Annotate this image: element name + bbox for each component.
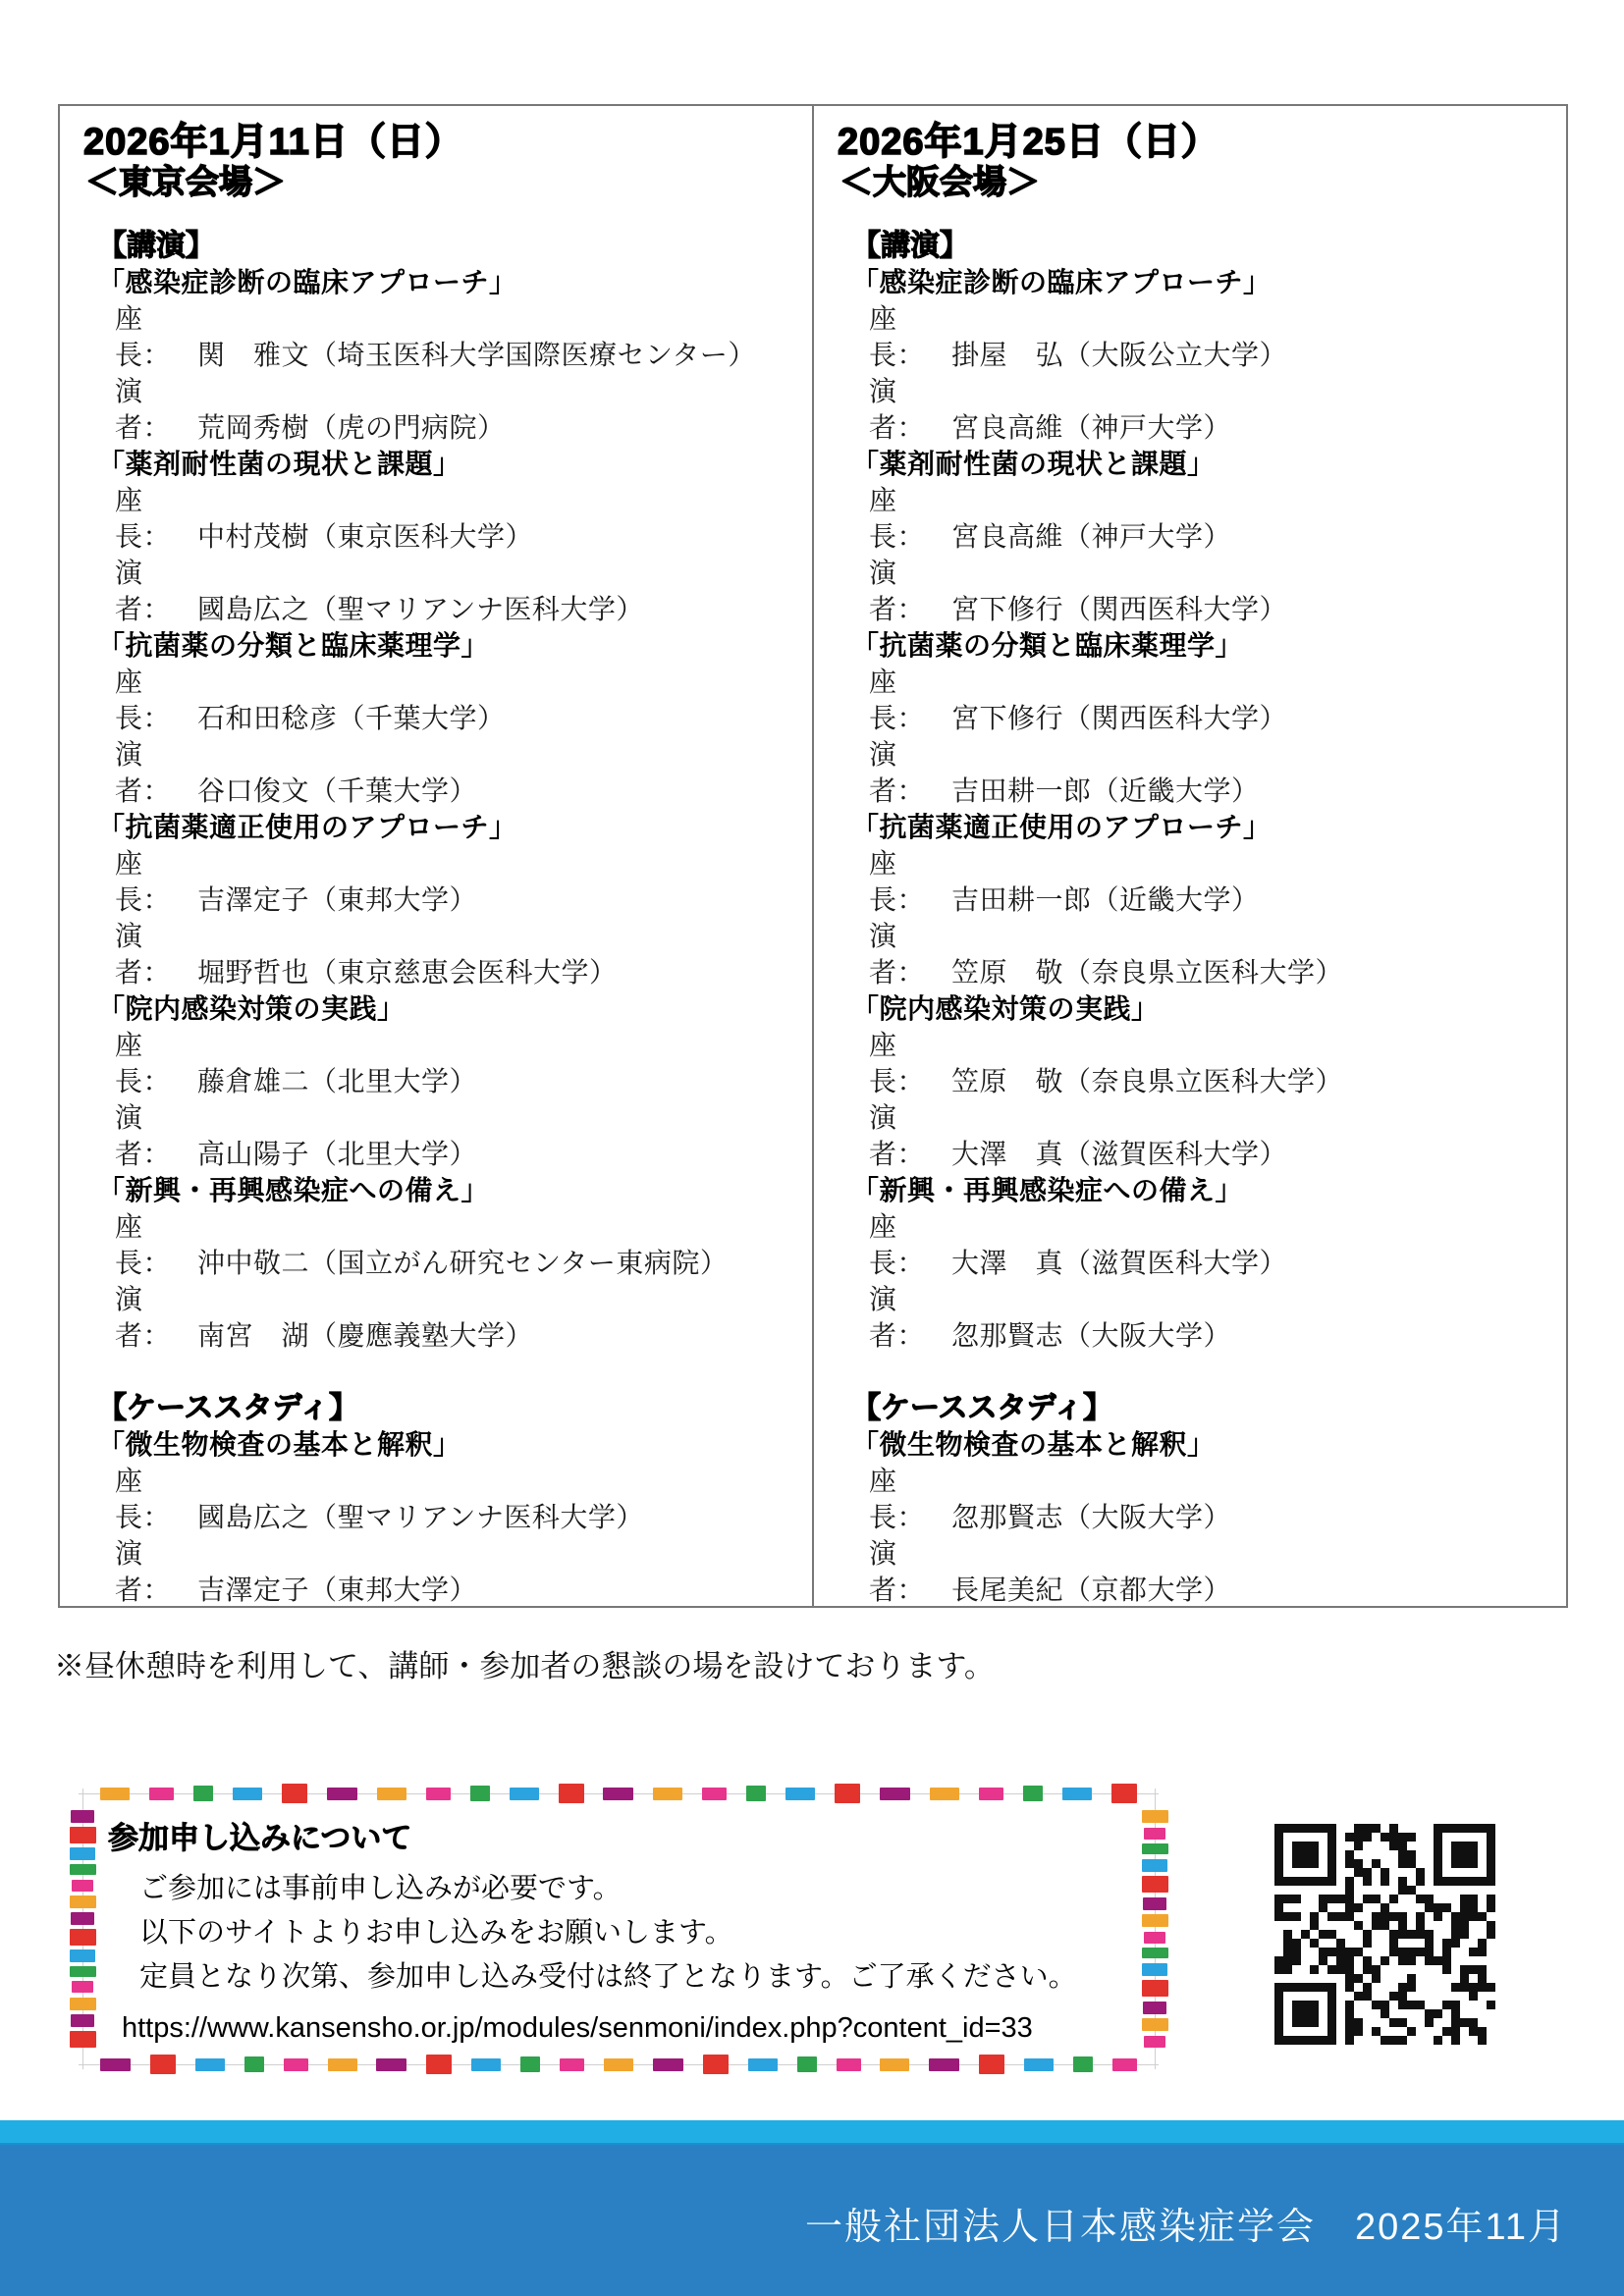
- border-bar: [1062, 1788, 1092, 1800]
- session-title: 「新興・再興感染症への備え」: [97, 1172, 802, 1208]
- border-bar: [233, 1788, 262, 1800]
- speaker-line: 座長：忽那賢志（大阪大学）: [851, 1463, 1556, 1535]
- session-item: 「感染症診断の臨床アプローチ」座長：関 雅文（埼玉医科大学国際医療センター）演者…: [97, 264, 802, 446]
- border-bar: [70, 1896, 96, 1908]
- session-item: 「抗菌薬の分類と臨床薬理学」座長：石和田稔彦（千葉大学）演者：谷口俊文（千葉大学…: [97, 627, 802, 809]
- border-bar: [426, 2055, 452, 2074]
- border-bar: [559, 1784, 584, 1803]
- border-bar: [282, 1784, 307, 1803]
- speaker-line: 演者：忽那賢志（大阪大学）: [851, 1281, 1556, 1354]
- border-bar: [70, 1827, 96, 1843]
- border-bar: [1144, 1828, 1165, 1840]
- speaker-name: 吉澤定子（東邦大学）: [197, 1574, 477, 1606]
- speaker-name: 大澤 真（滋賀医科大学）: [951, 1247, 1287, 1279]
- schedule-column: 2026年1月25日（日）＜大阪会場＞【講演】「感染症診断の臨床アプローチ」座長…: [812, 106, 1566, 1606]
- speaker-line: 座長：藤倉雄二（北里大学）: [97, 1027, 802, 1099]
- border-bar: [100, 2058, 131, 2071]
- border-bar: [1024, 2058, 1054, 2071]
- session-title: 「新興・再興感染症への備え」: [851, 1172, 1556, 1208]
- session-title: 「抗菌薬の分類と臨床薬理学」: [851, 627, 1556, 664]
- border-bar: [1142, 1963, 1167, 1976]
- speaker-line: 座長：中村茂樹（東京医科大学）: [97, 482, 802, 555]
- speaker-name: 忽那賢志（大阪大学）: [951, 1319, 1231, 1352]
- border-bar: [1142, 1876, 1168, 1893]
- session-item: 「抗菌薬の分類と臨床薬理学」座長：宮下修行（関西医科大学）演者：吉田耕一郎（近畿…: [851, 627, 1556, 809]
- border-bar: [71, 2014, 94, 2027]
- speaker-line: 座長：宮下修行（関西医科大学）: [851, 664, 1556, 736]
- speaker-label: 演者：: [115, 555, 197, 627]
- border-bar: [1142, 1948, 1168, 1958]
- border-bar: [603, 1788, 633, 1800]
- section: 【講演】「感染症診断の臨床アプローチ」座長：掛屋 弘（大阪公立大学）演者：宮良高…: [851, 228, 1556, 1354]
- speaker-line: 座長：沖中敬二（国立がん研究センター東病院）: [97, 1208, 802, 1281]
- session-title: 「院内感染対策の実践」: [851, 990, 1556, 1027]
- speaker-label: 演者：: [869, 1099, 951, 1172]
- footer-accent-bar: [0, 2120, 1624, 2143]
- border-bar: [72, 1880, 93, 1892]
- speaker-name: 石和田稔彦（千葉大学）: [197, 702, 506, 734]
- footer-bar: 一般社団法人日本感染症学会 2025年11月: [0, 2143, 1624, 2296]
- application-border-right: [1139, 1810, 1170, 2048]
- application-border-top: [100, 1780, 1137, 1807]
- border-bar: [746, 1786, 766, 1801]
- column-venue: ＜東京会場＞: [85, 163, 802, 202]
- border-bar: [1142, 1810, 1168, 1823]
- column-sections: 【講演】「感染症診断の臨床アプローチ」座長：掛屋 弘（大阪公立大学）演者：宮良高…: [851, 228, 1556, 1606]
- speaker-line: 演者：高山陽子（北里大学）: [97, 1099, 802, 1172]
- border-bar: [71, 1810, 94, 1823]
- session-item: 「抗菌薬適正使用のアプローチ」座長：吉田耕一郎（近畿大学）演者：笠原 敬（奈良県…: [851, 809, 1556, 990]
- column-sections: 【講演】「感染症診断の臨床アプローチ」座長：関 雅文（埼玉医科大学国際医療センタ…: [97, 228, 802, 1606]
- speaker-label: 演者：: [115, 1099, 197, 1172]
- speaker-label: 座長：: [869, 664, 951, 736]
- border-bar: [72, 1981, 93, 1993]
- speaker-label: 座長：: [869, 300, 951, 373]
- application-line: 定員となり次第、参加申し込み受付は終了となります。ご了承ください。: [139, 1955, 1172, 2000]
- session-item: 「抗菌薬適正使用のアプローチ」座長：吉澤定子（東邦大学）演者：堀野哲也（東京慈恵…: [97, 809, 802, 990]
- border-bar: [70, 1847, 95, 1860]
- application-border-left: [67, 1810, 98, 2048]
- border-bar: [1143, 2002, 1166, 2014]
- session-title: 「感染症診断の臨床アプローチ」: [97, 264, 802, 300]
- border-bar: [284, 2058, 308, 2071]
- section: 【講演】「感染症診断の臨床アプローチ」座長：関 雅文（埼玉医科大学国際医療センタ…: [97, 228, 802, 1354]
- border-bar: [150, 2055, 176, 2074]
- speaker-line: 座長：國島広之（聖マリアンナ医科大学）: [97, 1463, 802, 1535]
- speaker-label: 演者：: [115, 918, 197, 990]
- footer-text: 一般社団法人日本感染症学会 2025年11月: [805, 2206, 1567, 2249]
- border-bar: [1144, 1932, 1165, 1944]
- border-bar: [880, 2058, 909, 2071]
- speaker-label: 座長：: [115, 300, 197, 373]
- speaker-label: 座長：: [869, 1027, 951, 1099]
- speaker-name: 沖中敬二（国立がん研究センター東病院）: [197, 1247, 728, 1279]
- speaker-name: 宮下修行（関西医科大学）: [951, 593, 1287, 625]
- border-bar: [71, 1912, 94, 1925]
- speaker-name: 笠原 敬（奈良県立医科大学）: [951, 956, 1343, 988]
- border-bar: [1142, 1980, 1168, 1997]
- speaker-line: 座長：石和田稔彦（千葉大学）: [97, 664, 802, 736]
- speaker-label: 演者：: [869, 555, 951, 627]
- schedule-box: 2026年1月11日（日）＜東京会場＞【講演】「感染症診断の臨床アプローチ」座長…: [58, 104, 1568, 1608]
- speaker-label: 演者：: [869, 1535, 951, 1606]
- border-bar: [100, 1788, 130, 1800]
- border-bar: [837, 2058, 861, 2071]
- speaker-label: 演者：: [115, 373, 197, 446]
- speaker-label: 座長：: [869, 1463, 951, 1535]
- border-bar: [193, 1786, 213, 1801]
- session-item: 「院内感染対策の実践」座長：藤倉雄二（北里大学）演者：高山陽子（北里大学）: [97, 990, 802, 1172]
- speaker-line: 演者：宮良高維（神戸大学）: [851, 373, 1556, 446]
- border-bar: [930, 1788, 959, 1800]
- session-title: 「抗菌薬適正使用のアプローチ」: [97, 809, 802, 845]
- border-bar: [880, 1788, 910, 1800]
- border-bar: [979, 2055, 1004, 2074]
- session-item: 「微生物検査の基本と解釈」座長：國島広之（聖マリアンナ医科大学）演者：吉澤定子（…: [97, 1426, 802, 1606]
- border-bar: [785, 1788, 815, 1800]
- section: 【ケーススタディ】「微生物検査の基本と解釈」座長：國島広之（聖マリアンナ医科大学…: [97, 1390, 802, 1606]
- speaker-line: 演者：笠原 敬（奈良県立医科大学）: [851, 918, 1556, 990]
- section-heading: 【講演】: [851, 228, 1556, 264]
- border-bar: [149, 1788, 174, 1800]
- speaker-label: 演者：: [115, 1281, 197, 1354]
- border-bar: [653, 2058, 683, 2071]
- border-bar: [1143, 1897, 1166, 1910]
- speaker-name: 吉澤定子（東邦大学）: [197, 883, 477, 916]
- speaker-label: 座長：: [115, 845, 197, 918]
- session-title: 「院内感染対策の実践」: [97, 990, 802, 1027]
- border-bar: [377, 1788, 406, 1800]
- border-bar: [376, 2058, 406, 2071]
- speaker-label: 演者：: [115, 1535, 197, 1606]
- border-bar: [195, 2058, 225, 2071]
- speaker-name: 荒岡秀樹（虎の門病院）: [197, 411, 506, 444]
- page: 2026年1月11日（日）＜東京会場＞【講演】「感染症診断の臨床アプローチ」座長…: [0, 0, 1624, 2296]
- session-title: 「薬剤耐性菌の現状と課題」: [97, 446, 802, 482]
- speaker-name: 大澤 真（滋賀医科大学）: [951, 1138, 1287, 1170]
- session-item: 「薬剤耐性菌の現状と課題」座長：中村茂樹（東京医科大学）演者：國島広之（聖マリア…: [97, 446, 802, 627]
- speaker-line: 演者：國島広之（聖マリアンナ医科大学）: [97, 555, 802, 627]
- speaker-line: 演者：吉田耕一郎（近畿大学）: [851, 736, 1556, 809]
- speaker-line: 座長：関 雅文（埼玉医科大学国際医療センター）: [97, 300, 802, 373]
- border-bar: [70, 1929, 96, 1946]
- speaker-line: 演者：堀野哲也（東京慈恵会医科大学）: [97, 918, 802, 990]
- border-bar: [1023, 1786, 1043, 1801]
- speaker-label: 演者：: [869, 1281, 951, 1354]
- border-bar: [1142, 1843, 1168, 1854]
- session-title: 「抗菌薬の分類と臨床薬理学」: [97, 627, 802, 664]
- speaker-name: 中村茂樹（東京医科大学）: [197, 520, 533, 553]
- session-title: 「感染症診断の臨床アプローチ」: [851, 264, 1556, 300]
- speaker-name: 國島広之（聖マリアンナ医科大学）: [197, 1501, 644, 1533]
- border-bar: [327, 1788, 357, 1800]
- border-bar: [653, 1788, 682, 1800]
- application-heading: 参加申し込みについて: [108, 1820, 1172, 1857]
- border-bar: [702, 1788, 727, 1800]
- border-bar: [797, 2056, 817, 2072]
- speaker-name: 宮下修行（関西医科大学）: [951, 702, 1287, 734]
- speaker-line: 座長：吉澤定子（東邦大学）: [97, 845, 802, 918]
- speaker-line: 演者：大澤 真（滋賀医科大学）: [851, 1099, 1556, 1172]
- border-bar: [604, 2058, 633, 2071]
- speaker-name: 忽那賢志（大阪大学）: [951, 1501, 1231, 1533]
- speaker-name: 藤倉雄二（北里大学）: [197, 1065, 477, 1097]
- speaker-name: 南宮 湖（慶應義塾大学）: [197, 1319, 533, 1352]
- border-bar: [1112, 2058, 1137, 2071]
- border-bar: [470, 1786, 490, 1801]
- qr-code: [1272, 1821, 1499, 2049]
- session-item: 「新興・再興感染症への備え」座長：大澤 真（滋賀医科大学）演者：忽那賢志（大阪大…: [851, 1172, 1556, 1354]
- border-bar: [1142, 1859, 1167, 1872]
- speaker-name: 宮良高維（神戸大学）: [951, 520, 1231, 553]
- speaker-label: 演者：: [115, 736, 197, 809]
- border-bar: [1142, 2018, 1168, 2031]
- border-bar: [328, 2058, 357, 2071]
- session-title: 「微生物検査の基本と解釈」: [97, 1426, 802, 1463]
- border-bar: [520, 2056, 540, 2072]
- session-item: 「微生物検査の基本と解釈」座長：忽那賢志（大阪大学）演者：長尾美紀（京都大学）掛…: [851, 1426, 1556, 1606]
- section-heading: 【ケーススタディ】: [97, 1390, 802, 1426]
- session-item: 「薬剤耐性菌の現状と課題」座長：宮良高維（神戸大学）演者：宮下修行（関西医科大学…: [851, 446, 1556, 627]
- application-line: ご参加には事前申し込みが必要です。: [139, 1867, 1172, 1911]
- speaker-line: 演者：長尾美紀（京都大学）: [851, 1535, 1556, 1606]
- speaker-name: 國島広之（聖マリアンナ医科大学）: [197, 593, 644, 625]
- speaker-label: 座長：: [869, 1208, 951, 1281]
- speaker-name: 関 雅文（埼玉医科大学国際医療センター）: [197, 339, 756, 371]
- speaker-label: 座長：: [869, 482, 951, 555]
- border-bar: [748, 2058, 778, 2071]
- speaker-name: 掛屋 弘（大阪公立大学）: [951, 339, 1287, 371]
- speaker-label: 演者：: [869, 918, 951, 990]
- speaker-name: 吉田耕一郎（近畿大学）: [951, 883, 1260, 916]
- column-date: 2026年1月25日（日）: [838, 122, 1556, 163]
- section-heading: 【ケーススタディ】: [851, 1390, 1556, 1426]
- speaker-name: 笠原 敬（奈良県立医科大学）: [951, 1065, 1343, 1097]
- speaker-name: 谷口俊文（千葉大学）: [197, 774, 477, 807]
- speaker-label: 座長：: [115, 482, 197, 555]
- schedule-column: 2026年1月11日（日）＜東京会場＞【講演】「感染症診断の臨床アプローチ」座長…: [60, 106, 812, 1606]
- session-title: 「微生物検査の基本と解釈」: [851, 1426, 1556, 1463]
- lunch-note: ※昼休憩時を利用して、講師・参加者の懇談の場を設けております。: [54, 1647, 995, 1686]
- column-date: 2026年1月11日（日）: [83, 122, 802, 163]
- speaker-name: 吉田耕一郎（近畿大学）: [951, 774, 1260, 807]
- border-bar: [70, 2031, 96, 2048]
- speaker-label: 座長：: [869, 845, 951, 918]
- session-item: 「院内感染対策の実践」座長：笠原 敬（奈良県立医科大学）演者：大澤 真（滋賀医科…: [851, 990, 1556, 1172]
- border-bar: [703, 2055, 729, 2074]
- speaker-line: 演者：南宮 湖（慶應義塾大学）: [97, 1281, 802, 1354]
- border-bar: [244, 2056, 264, 2072]
- border-bar: [979, 1788, 1003, 1800]
- border-bar: [471, 2058, 501, 2071]
- border-bar: [929, 2058, 959, 2071]
- border-bar: [560, 2058, 584, 2071]
- border-bar: [510, 1788, 539, 1800]
- application-url[interactable]: https://www.kansensho.or.jp/modules/senm…: [122, 2007, 1172, 2049]
- border-bar: [1144, 2036, 1165, 2048]
- qr-code-image: [1272, 1821, 1499, 2049]
- border-bar: [70, 1949, 95, 1962]
- session-item: 「感染症診断の臨床アプローチ」座長：掛屋 弘（大阪公立大学）演者：宮良高維（神戸…: [851, 264, 1556, 446]
- speaker-line: 座長：笠原 敬（奈良県立医科大学）: [851, 1027, 1556, 1099]
- speaker-line: 座長：宮良高維（神戸大学）: [851, 482, 1556, 555]
- speaker-line: 演者：吉澤定子（東邦大学）: [97, 1535, 802, 1606]
- application-lines: ご参加には事前申し込みが必要です。 以下のサイトよりお申し込みをお願いします。 …: [139, 1867, 1172, 2000]
- border-bar: [70, 1966, 96, 1977]
- application-line: 以下のサイトよりお申し込みをお願いします。: [139, 1911, 1172, 1955]
- speaker-line: 演者：谷口俊文（千葉大学）: [97, 736, 802, 809]
- application-border-bottom: [100, 2051, 1137, 2078]
- application-box: 参加申し込みについて ご参加には事前申し込みが必要です。 以下のサイトよりお申し…: [65, 1777, 1172, 2081]
- speaker-line: 座長：大澤 真（滋賀医科大学）: [851, 1208, 1556, 1281]
- speaker-label: 演者：: [869, 373, 951, 446]
- border-bar: [70, 1864, 96, 1875]
- session-title: 「抗菌薬適正使用のアプローチ」: [851, 809, 1556, 845]
- session-item: 「新興・再興感染症への備え」座長：沖中敬二（国立がん研究センター東病院）演者：南…: [97, 1172, 802, 1354]
- session-title: 「薬剤耐性菌の現状と課題」: [851, 446, 1556, 482]
- speaker-label: 座長：: [115, 664, 197, 736]
- speaker-line: 演者：宮下修行（関西医科大学）: [851, 555, 1556, 627]
- speaker-label: 演者：: [869, 736, 951, 809]
- section: 【ケーススタディ】「微生物検査の基本と解釈」座長：忽那賢志（大阪大学）演者：長尾…: [851, 1390, 1556, 1606]
- border-bar: [1142, 1914, 1168, 1927]
- border-bar: [426, 1788, 451, 1800]
- speaker-name: 長尾美紀（京都大学）: [951, 1574, 1231, 1606]
- speaker-label: 座長：: [115, 1208, 197, 1281]
- speaker-line: 座長：吉田耕一郎（近畿大学）: [851, 845, 1556, 918]
- speaker-label: 座長：: [115, 1463, 197, 1535]
- column-venue: ＜大阪会場＞: [839, 163, 1556, 202]
- speaker-name: 宮良高維（神戸大学）: [951, 411, 1231, 444]
- section-heading: 【講演】: [97, 228, 802, 264]
- border-bar: [835, 1784, 860, 1803]
- speaker-line: 演者：荒岡秀樹（虎の門病院）: [97, 373, 802, 446]
- speaker-line: 座長：掛屋 弘（大阪公立大学）: [851, 300, 1556, 373]
- speaker-label: 座長：: [115, 1027, 197, 1099]
- speaker-name: 高山陽子（北里大学）: [197, 1138, 477, 1170]
- border-bar: [1073, 2056, 1093, 2072]
- border-bar: [1111, 1784, 1137, 1803]
- speaker-name: 堀野哲也（東京慈恵会医科大学）: [197, 956, 618, 988]
- border-bar: [70, 1998, 96, 2010]
